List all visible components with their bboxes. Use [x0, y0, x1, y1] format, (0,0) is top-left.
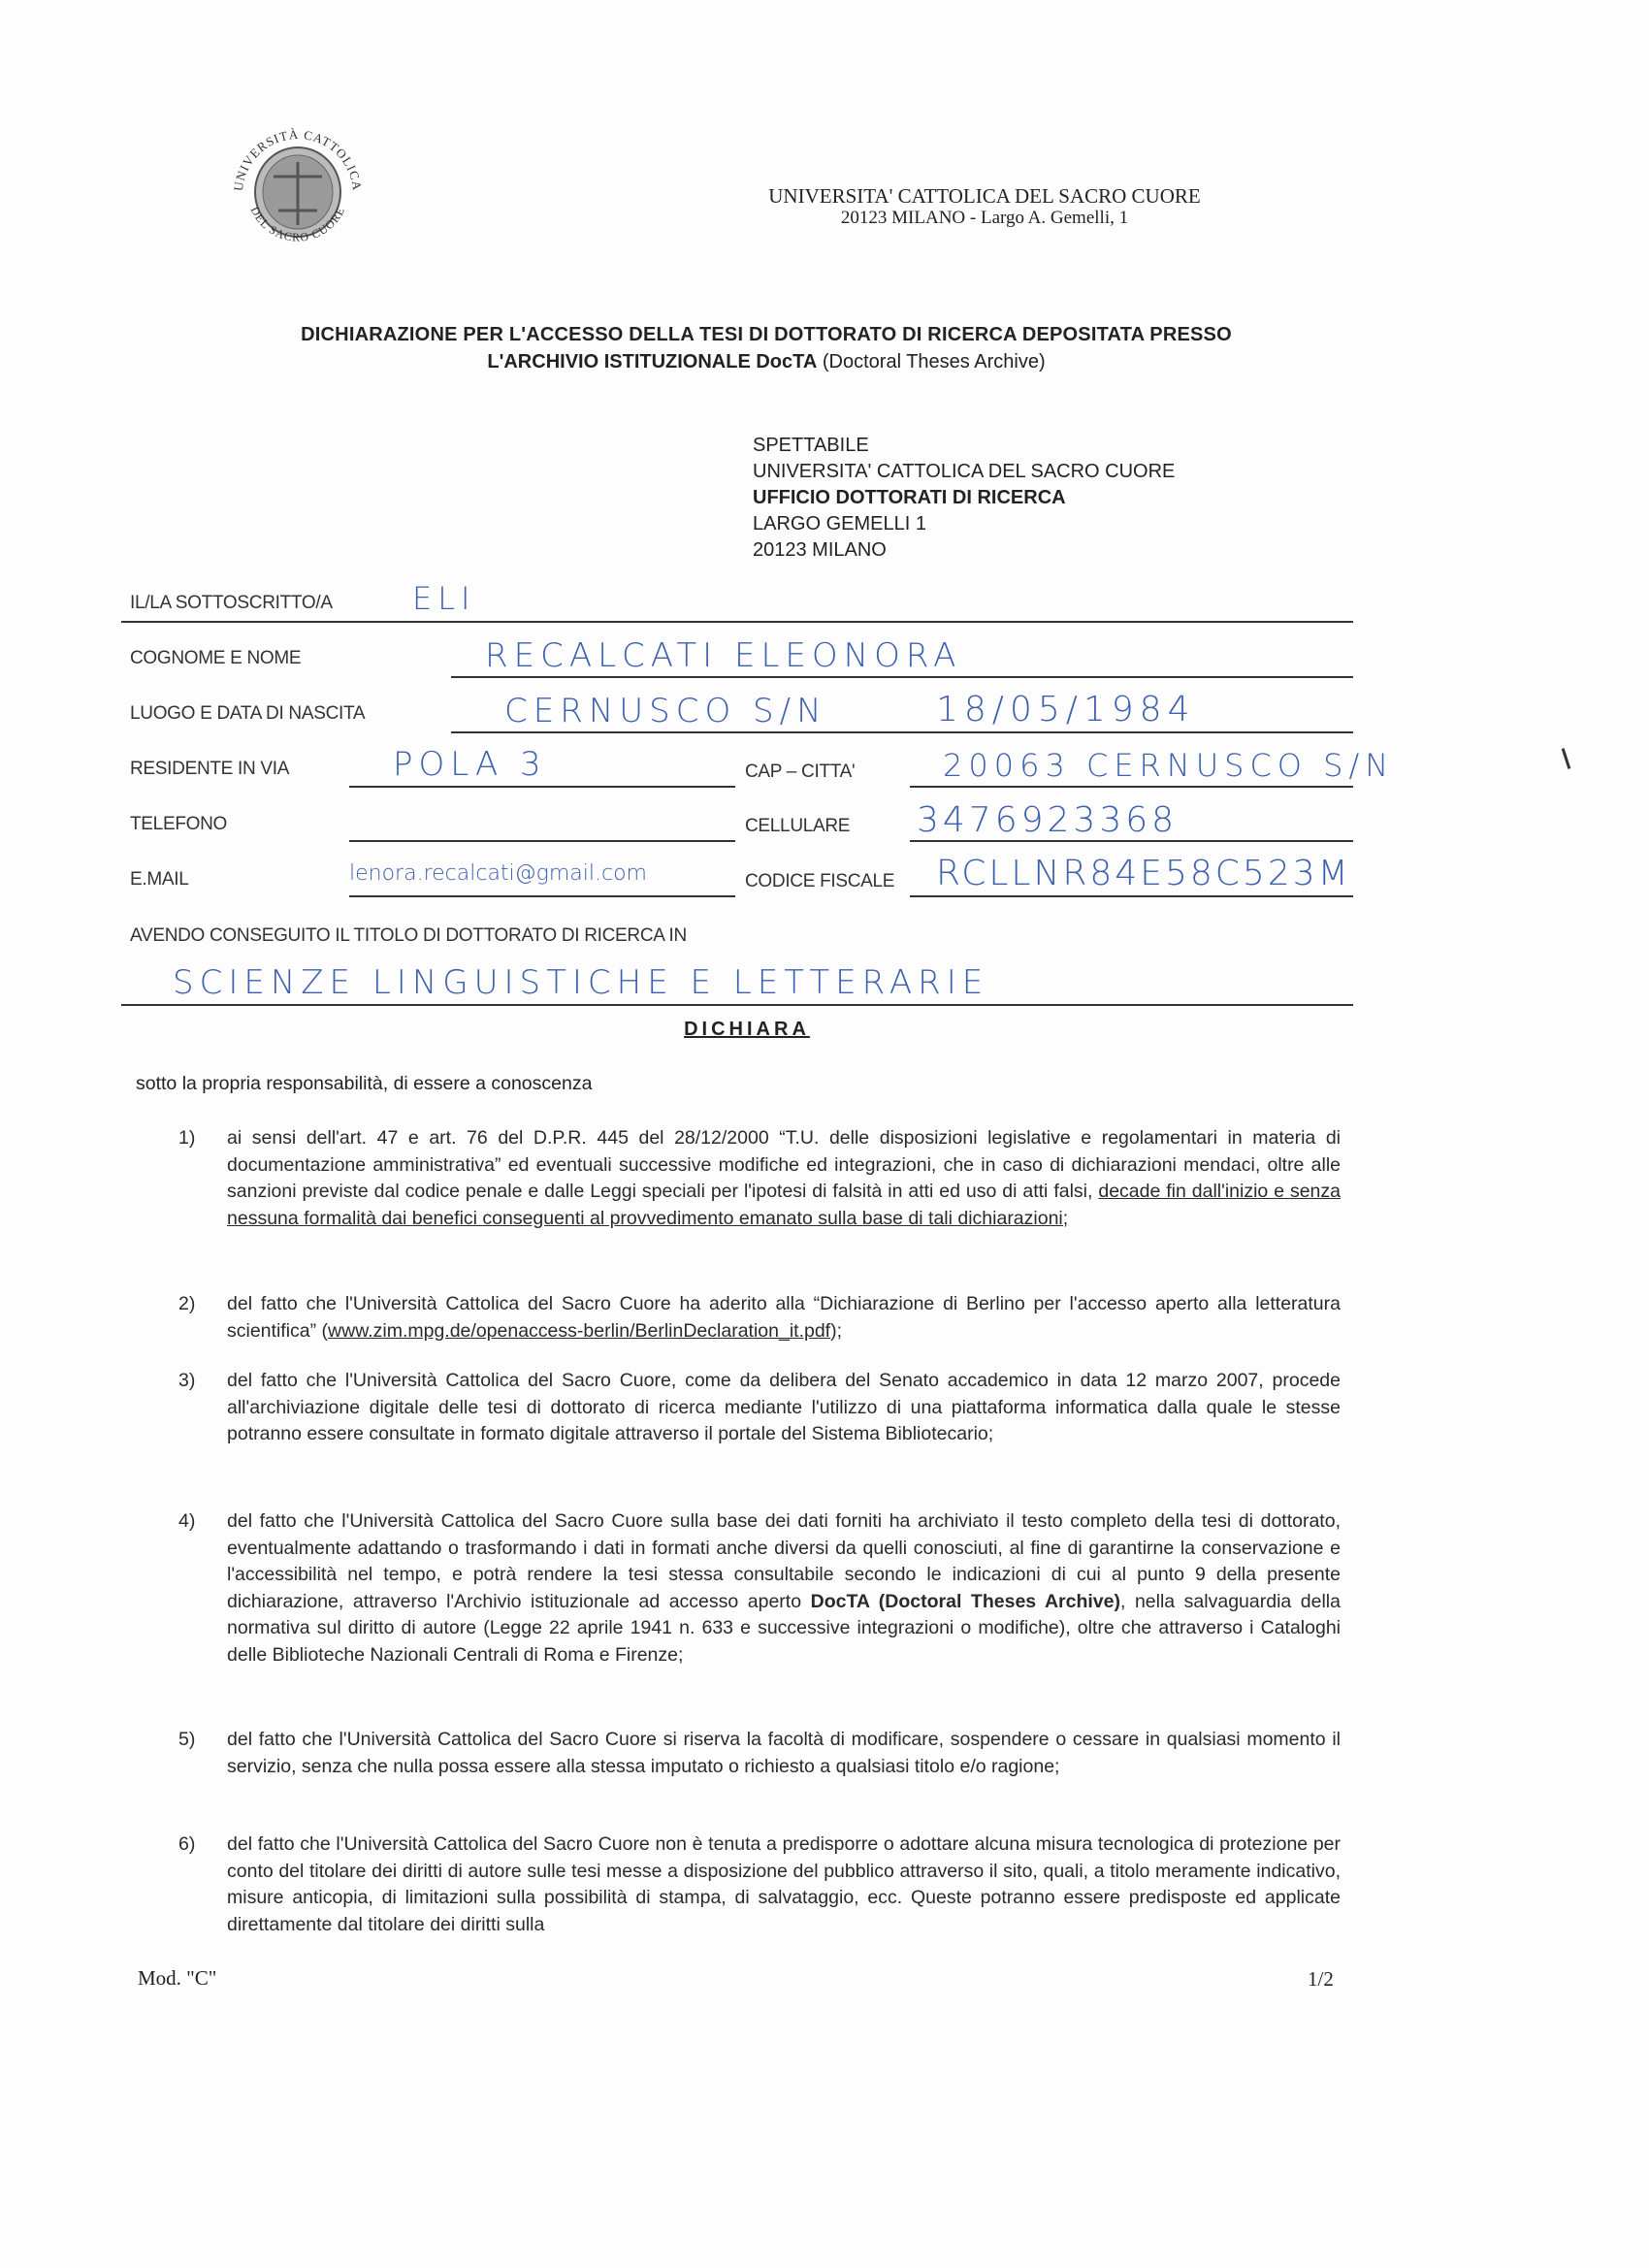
institution-address: 20123 MILANO - Largo A. Gemelli, 1 — [0, 208, 1649, 229]
sottoscritto-label: IL/LA SOTTOSCRITTO/A — [130, 593, 333, 614]
cap-citta-underline — [910, 786, 1353, 788]
page-number: 1/2 — [1308, 1967, 1334, 1992]
recipient-line: LARGO GEMELLI 1 — [753, 511, 1175, 537]
sottoscritto-field[interactable]: ELI — [412, 580, 475, 617]
cognome-nome-field[interactable]: RECALCATI ELEONORA — [485, 636, 961, 675]
codice-fiscale-field[interactable]: RCLLNR84E58C523M — [936, 854, 1351, 893]
cellulare-underline — [910, 840, 1353, 842]
email-field[interactable]: lenora.recalcati@gmail.com — [349, 861, 647, 886]
residente-via-label: RESIDENTE IN VIA — [130, 759, 289, 780]
berlin-declaration-link[interactable]: www.zim.mpg.de/openaccess-berlin/BerlinD… — [328, 1320, 830, 1342]
item-text: del fatto che l'Università Cattolica del… — [227, 1833, 1341, 1935]
luogo-data-nascita-label: LUOGO E DATA DI NASCITA — [130, 703, 365, 725]
email-underline — [349, 895, 735, 897]
declaration-item-4: 4) del fatto che l'Università Cattolica … — [180, 1508, 1341, 1669]
item-text: del fatto che l'Università Cattolica del… — [227, 1729, 1341, 1777]
telefono-label: TELEFONO — [130, 814, 227, 835]
form-model-label: Mod. "C" — [138, 1966, 216, 1991]
institution-name: UNIVERSITA' CATTOLICA DEL SACRO CUORE — [0, 184, 1649, 209]
residente-via-underline — [349, 786, 735, 788]
item-text: ); — [830, 1320, 842, 1342]
recipient-address: SPETTABILE UNIVERSITA' CATTOLICA DEL SAC… — [753, 433, 1175, 564]
cognome-nome-underline — [451, 676, 1353, 678]
archive-name: L'ARCHIVIO ISTITUZIONALE DocTA — [487, 351, 817, 373]
recipient-line: 20123 MILANO — [753, 537, 1175, 564]
cap-citta-field[interactable]: 20063 CERNUSCO S/N — [943, 747, 1394, 784]
titolo-dottorato-label: AVENDO CONSEGUITO IL TITOLO DI DOTTORATO… — [130, 925, 687, 947]
archive-fullname: (Doctoral Theses Archive) — [817, 351, 1045, 373]
item-number: 1) — [178, 1125, 195, 1152]
recipient-office: UFFICIO DOTTORATI DI RICERCA — [753, 485, 1175, 511]
item-text: del fatto che l'Università Cattolica del… — [227, 1370, 1341, 1444]
cognome-nome-label: COGNOME E NOME — [130, 648, 301, 669]
cellulare-label: CELLULARE — [745, 816, 850, 837]
item-number: 4) — [178, 1508, 195, 1536]
recipient-line: SPETTABILE — [753, 433, 1175, 459]
codice-fiscale-label: CODICE FISCALE — [745, 871, 894, 892]
declaration-item-6: 6) del fatto che l'Università Cattolica … — [180, 1831, 1341, 1938]
cellulare-field[interactable]: 3476923368 — [917, 800, 1178, 840]
stray-pen-mark — [1562, 748, 1571, 769]
item-number: 6) — [178, 1831, 195, 1859]
declaration-item-1: 1) ai sensi dell'art. 47 e art. 76 del D… — [180, 1125, 1341, 1232]
item-number: 5) — [178, 1727, 195, 1754]
declaration-intro: sotto la propria responsabilità, di esse… — [136, 1073, 592, 1095]
residente-via-field[interactable]: POLA 3 — [393, 745, 547, 784]
data-nascita-field[interactable]: 18/05/1984 — [936, 690, 1196, 729]
recipient-line: UNIVERSITA' CATTOLICA DEL SACRO CUORE — [753, 459, 1175, 485]
cap-citta-label: CAP – CITTA' — [745, 761, 855, 783]
luogo-data-underline — [451, 731, 1353, 733]
email-label: E.MAIL — [130, 869, 189, 891]
luogo-nascita-field[interactable]: CERNUSCO S/N — [504, 692, 827, 730]
item-number: 3) — [178, 1368, 195, 1395]
titolo-dottorato-field[interactable]: SCIENZE LINGUISTICHE E LETTERARIE — [173, 963, 988, 1002]
declaration-item-5: 5) del fatto che l'Università Cattolica … — [180, 1727, 1341, 1780]
declaration-item-3: 3) del fatto che l'Università Cattolica … — [180, 1368, 1341, 1448]
document-page: UNIVERSITÀ CATTOLICA DEL SACRO CUORE UNI… — [0, 0, 1649, 2268]
document-title: DICHIARAZIONE PER L'ACCESSO DELLA TESI D… — [0, 324, 1494, 346]
titolo-dottorato-underline — [121, 1004, 1353, 1006]
dichiara-heading: DICHIARA — [0, 1019, 1494, 1041]
declaration-item-2: 2) del fatto che l'Università Cattolica … — [180, 1291, 1341, 1345]
sottoscritto-underline — [121, 621, 1353, 623]
telefono-underline — [349, 840, 735, 842]
item-number: 2) — [178, 1291, 195, 1318]
docta-name: DocTA (Doctoral Theses Archive) — [811, 1591, 1120, 1612]
document-subtitle: L'ARCHIVIO ISTITUZIONALE DocTA (Doctoral… — [0, 351, 1494, 373]
codice-fiscale-underline — [910, 895, 1353, 897]
